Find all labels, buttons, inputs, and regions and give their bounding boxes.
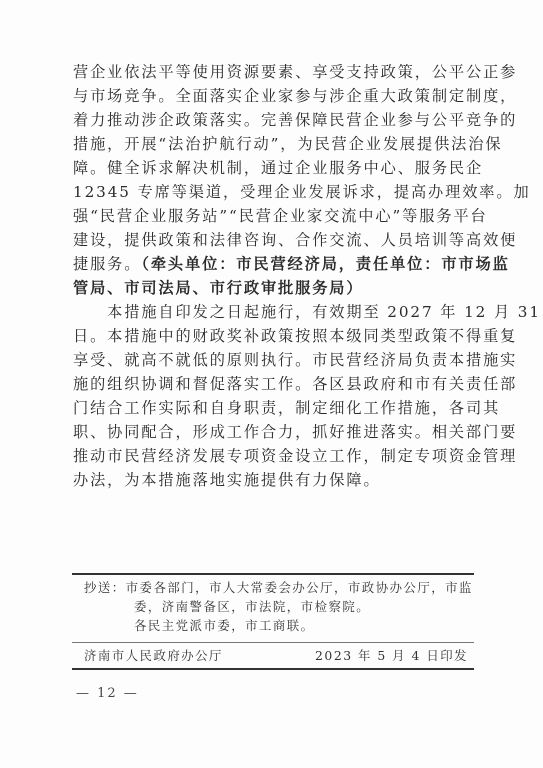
paragraph-1: 营企业依法平等使用资源要素、享受支持政策，公平公正参 与市场竞争。全面落实企业家… [73,60,473,300]
cc-line-1: 抄送：市委各部门，市人大常委会办公厅，市政协办公厅，市监 [84,578,474,597]
text-line: 与市场竞争。全面落实企业家参与涉企重大政策制定制度， [73,84,473,108]
cc-recipients: 市委各部门，市人大常委会办公厅，市政协办公厅，市监 [126,580,473,595]
divider-bottom [72,668,474,670]
text-line: 着力推动涉企政策落实。完善保障民营企业参与公平竞争的 [73,108,473,132]
divider-middle [72,642,474,643]
text-line: 推动市民营经济发展专项资金设立工作，制定专项资金管理 [73,444,473,468]
text-line: 享受、就高不就低的原则执行。市民营经济局负责本措施实 [73,348,473,372]
responsible-units-bold: （牵头单位：市民营经济局，责任单位：市市场监 [141,255,509,273]
issuance-row: 济南市人民政府办公厅 2023 年 5 月 4 日印发 [84,646,468,664]
cc-line-2: 委，济南警备区，市法院，市检察院。 [84,597,474,616]
plain-text: 捷服务。 [73,255,141,273]
text-line: 强“民营企业服务站”“民营企业家交流中心”等服务平台 [73,204,473,228]
cc-label: 抄送： [84,580,126,595]
responsible-units-bold-continued: 管局、市司法局、市行政审批服务局） [73,276,473,300]
text-line: 12345 专席等渠道，受理企业发展诉求，提高办理效率。加 [73,180,473,204]
text-line: 办法，为本措施落地实施提供有力保障。 [73,468,473,492]
paragraph-2: 本措施自印发之日起施行，有效期至 2027 年 12 月 31 日。本措施中的财… [73,300,473,492]
text-line: 施的组织协调和督促落实工作。各区县政府和市有关责任部 [73,372,473,396]
text-line: 措施，开展“法治护航行动”，为民营企业发展提供法治保 [73,132,473,156]
text-line: 障。健全诉求解决机制，通过企业服务中心、服务民企 [73,156,473,180]
text-line: 日。本措施中的财政奖补政策按照本级同类型政策不得重复 [73,324,473,348]
text-line: 门结合工作实际和自身职责，制定细化工作措施，各司其 [73,396,473,420]
cc-block: 抄送：市委各部门，市人大常委会办公厅，市政协办公厅，市监 委，济南警备区，市法院… [84,578,474,635]
text-line: 本措施自印发之日起施行，有效期至 2027 年 12 月 31 [73,300,473,324]
issue-date: 2023 年 5 月 4 日印发 [315,646,468,664]
page-number: — 12 — [76,686,139,701]
text-line: 建设，提供政策和法律咨询、合作交流、人员培训等高效便 [73,228,473,252]
text-line: 营企业依法平等使用资源要素、享受支持政策，公平公正参 [73,60,473,84]
text-line: 捷服务。（牵头单位：市民营经济局，责任单位：市市场监 [73,252,473,276]
text-line: 职、协同配合，形成工作合力，抓好推进落实。相关部门要 [73,420,473,444]
divider-top [72,573,474,575]
issuer: 济南市人民政府办公厅 [84,646,223,664]
cc-line-3: 各民主党派市委，市工商联。 [84,616,474,635]
